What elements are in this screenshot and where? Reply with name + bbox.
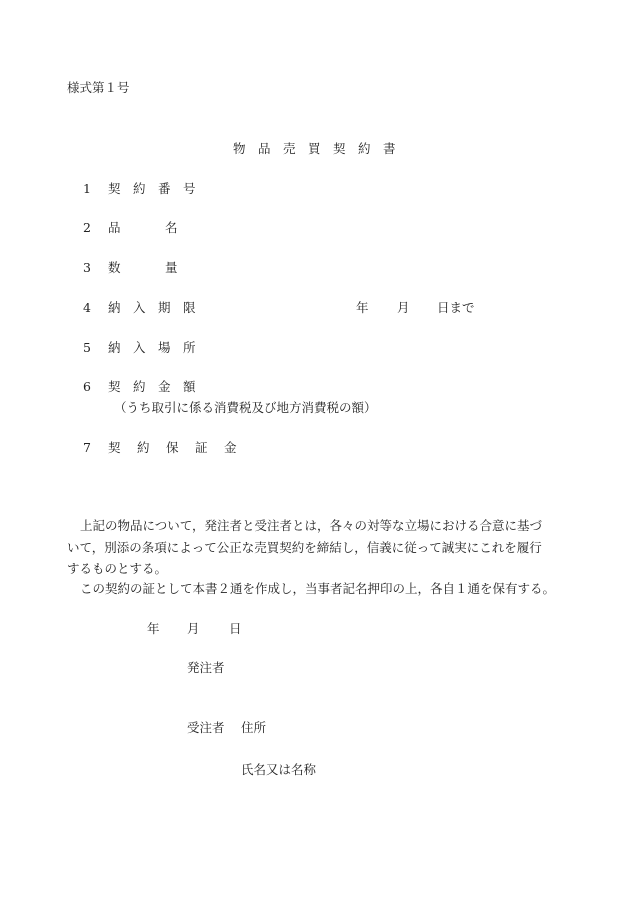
item-number: 6 xyxy=(83,381,91,394)
item-label-char: 納 xyxy=(108,342,121,355)
item-label-char: 契 xyxy=(108,442,121,455)
date-year: 年 xyxy=(147,623,160,636)
title-char: 買 xyxy=(308,143,321,156)
item-label-char: 量 xyxy=(165,262,178,275)
item-label-char: 約 xyxy=(137,442,150,455)
item-label-char: 限 xyxy=(183,302,196,315)
item-label-char: 約 xyxy=(133,381,146,394)
item-number: 7 xyxy=(83,442,91,455)
title-char: 売 xyxy=(283,143,296,156)
item-label-char: 期 xyxy=(158,302,171,315)
item-label-char: 額 xyxy=(183,381,196,394)
item-label-char: 番 xyxy=(158,183,171,196)
form-number: 様式第１号 xyxy=(67,82,130,95)
item-label-char: 名 xyxy=(165,222,178,235)
item-label-char: 数 xyxy=(108,262,121,275)
deadline-year: 年 xyxy=(356,302,369,315)
body-line: いて，別添の条項によって公正な売買契約を締結し，信義に従って誠実にこれを履行 xyxy=(67,542,542,555)
item-label-char: 場 xyxy=(158,342,171,355)
title-char: 物 xyxy=(233,143,246,156)
body-line: するものとする。 xyxy=(67,563,167,576)
item-label-char: 入 xyxy=(133,302,146,315)
item-number: 3 xyxy=(83,262,91,275)
tax-note: （うち取引に係る消費税及び地方消費税の額） xyxy=(114,402,377,415)
contractor-label: 受注者 xyxy=(187,722,225,735)
title-char: 約 xyxy=(358,143,371,156)
title-char: 品 xyxy=(258,143,271,156)
title-char: 契 xyxy=(333,143,346,156)
date-month: 月 xyxy=(187,623,200,636)
deadline-day: 日まで xyxy=(437,302,475,315)
item-label-char: 金 xyxy=(224,442,237,455)
body-line: 上記の物品について，発注者と受注者とは，各々の対等な立場における合意に基づ xyxy=(80,520,542,533)
item-label-char: 所 xyxy=(183,342,196,355)
item-label-char: 入 xyxy=(133,342,146,355)
name-label: 氏名又は名称 xyxy=(241,764,316,777)
item-label-char: 品 xyxy=(108,222,121,235)
body-line: この契約の証として本書２通を作成し，当事者記名押印の上，各自１通を保有する。 xyxy=(80,583,555,596)
item-label-char: 号 xyxy=(183,183,196,196)
item-number: 1 xyxy=(83,183,91,196)
item-label-char: 契 xyxy=(108,381,121,394)
item-label-char: 保 xyxy=(166,442,179,455)
deadline-month: 月 xyxy=(397,302,410,315)
title-char: 書 xyxy=(383,143,396,156)
item-number: 5 xyxy=(83,342,91,355)
item-number: 2 xyxy=(83,222,91,235)
item-label-char: 約 xyxy=(133,183,146,196)
item-label-char: 納 xyxy=(108,302,121,315)
item-label-char: 金 xyxy=(158,381,171,394)
address-label: 住所 xyxy=(241,722,266,735)
item-label-char: 契 xyxy=(108,183,121,196)
orderer-label: 発注者 xyxy=(187,662,225,675)
date-day: 日 xyxy=(229,623,242,636)
item-number: 4 xyxy=(83,302,91,315)
item-label-char: 証 xyxy=(195,442,208,455)
